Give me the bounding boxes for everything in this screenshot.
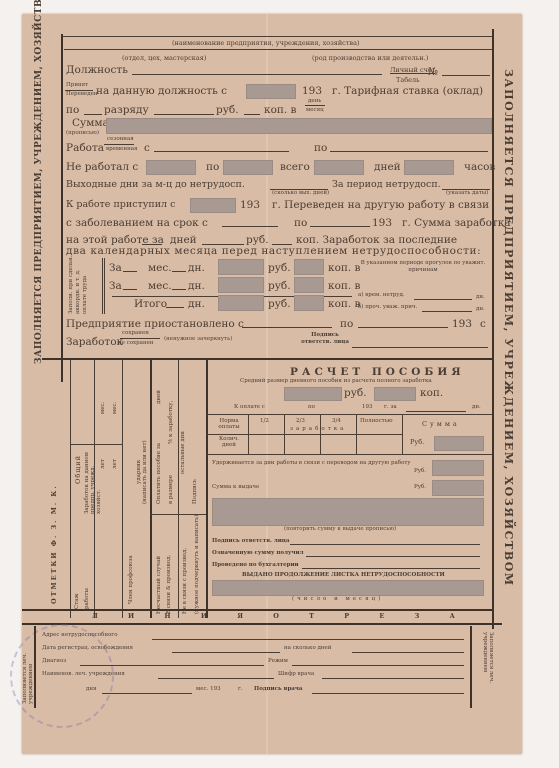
doctor-signature-field[interactable] xyxy=(312,693,464,694)
rule xyxy=(104,144,134,145)
suspended-year: 193 xyxy=(452,318,472,330)
sum-header: Сумма xyxy=(422,420,460,428)
marks-pay-benefit: Оплатить пособие за xyxy=(156,443,162,504)
period-label: За период нетрудосп. xyxy=(332,179,441,190)
earnings-kept-label: Заработок xyxy=(66,336,123,348)
address-field[interactable] xyxy=(152,639,464,640)
temporary-label: временная xyxy=(106,146,138,152)
marks-underline-note: (нужное подчеркнуть и написать) xyxy=(194,515,200,614)
in-words-caption: (прописью) xyxy=(66,130,99,136)
repeat-in-words-caption: (повторить сумму к выдаче прописью) xyxy=(284,526,396,532)
po-label: по xyxy=(66,104,79,116)
row1-mes: мес. xyxy=(148,262,172,274)
doctor-code-label: Шифр врача xyxy=(278,671,314,677)
signature-field[interactable] xyxy=(352,347,488,348)
payout-in-words-field[interactable] xyxy=(212,498,484,526)
section-rule xyxy=(22,623,502,625)
rule xyxy=(206,360,208,618)
rule xyxy=(470,626,472,708)
other-reasons-label: б) проч. уваж. прич. xyxy=(358,304,417,310)
rate-kop-field[interactable] xyxy=(244,114,260,115)
withheld-field[interactable] xyxy=(432,460,484,476)
tabel-label: Табель xyxy=(396,76,420,84)
temp-disability-dn: дн. xyxy=(476,294,485,300)
marks-amount: в размере xyxy=(168,475,174,504)
other-reasons-dn: дн. xyxy=(476,306,485,312)
sum-rub-field[interactable] xyxy=(434,436,484,451)
row1-dn: дн. xyxy=(188,262,205,274)
illness-to-label: по xyxy=(294,217,307,229)
rate-rub-field[interactable] xyxy=(154,114,214,115)
work-from-field[interactable] xyxy=(154,151,289,152)
continuation-label: ВЫДАНО ПРОДОЛЖЕНИЕ ЛИСТКА НЕТРУДОСПОСОБН… xyxy=(242,572,445,578)
total-days-sum-field[interactable] xyxy=(166,307,184,308)
absent-from-label: Не работал с xyxy=(66,161,138,173)
stub-side-left: Заполняется леч. учреждением xyxy=(22,634,34,704)
row2-dn: дн. xyxy=(188,280,205,292)
sum-label: Сумма xyxy=(72,117,109,129)
section-rule xyxy=(22,609,492,611)
row2-months-field[interactable] xyxy=(123,289,137,290)
marks-earnings-note: Заработок на данном предпр. учрежд. хозя… xyxy=(84,444,102,514)
work-to-field[interactable] xyxy=(330,151,488,152)
received-label: Означенную сумму получил xyxy=(212,550,303,556)
tariff-label: г. Тарифная ставка (оклад) xyxy=(332,85,483,97)
row2-za: За xyxy=(109,280,122,292)
release-date-field[interactable] xyxy=(172,652,280,653)
month-field[interactable] xyxy=(102,693,192,694)
full-label: Полностью xyxy=(360,418,392,424)
avg-daily-label: Средний размер дневного пособия из расче… xyxy=(240,378,432,384)
total-label-row: Итого xyxy=(134,298,167,310)
stub-side-right: Заполняется леч. учреждением xyxy=(482,632,494,702)
transferred-other-label: г. Переведен на другую работу в связи xyxy=(272,199,489,211)
seasonal-label: сезонная xyxy=(107,136,134,142)
period-caption: (указать даты) xyxy=(446,190,488,196)
year-prefix: 193 xyxy=(302,85,322,97)
fraction-half: 1/2 xyxy=(260,418,269,424)
marks-let-2: лет xyxy=(112,459,118,469)
rule xyxy=(70,360,71,618)
institution-field[interactable] xyxy=(158,678,274,679)
suspended-label: Предприятие приостановлено с xyxy=(66,318,244,330)
illness-to-field[interactable] xyxy=(310,226,370,227)
row2-kop: коп. в xyxy=(328,280,360,292)
marks-mes-2: мес. xyxy=(112,402,118,414)
side-caption-right: ЗАПОЛНЯЕТСЯ ПРЕДПРИЯТИЕМ, УЧРЕЖДЕНИЕМ, Х… xyxy=(502,69,515,587)
rule xyxy=(64,49,492,50)
benefit-calc-title: РАСЧЕТ ПОСОБИЯ xyxy=(290,366,465,378)
cut-line: Л И Н И Я О Т Р Е З А xyxy=(92,612,469,620)
accepted-label: Принят xyxy=(66,82,88,88)
days-label: дней xyxy=(374,161,401,173)
marks-seniority: Стаж xyxy=(74,593,80,609)
pay-for-label: г. за xyxy=(384,404,397,410)
illness-year: 193 xyxy=(372,217,392,229)
rule xyxy=(120,338,160,339)
marks-work-related: В связи & производ. xyxy=(166,555,172,614)
diagnosis-label: Диагноз xyxy=(42,658,66,664)
row2-kop-field[interactable] xyxy=(294,277,324,293)
transferred-label: Переведен xyxy=(66,91,98,97)
payout-label: Сумма к выдаче xyxy=(212,484,259,490)
rule xyxy=(178,360,179,618)
position-field[interactable] xyxy=(132,74,382,75)
returned-year: 193 xyxy=(240,199,260,211)
org-caption: (наименование предприятия, учреждения, х… xyxy=(172,39,359,47)
sum-in-words-field[interactable] xyxy=(106,118,492,134)
marks-title: ОТМЕТКИ Ф. З. М. К. xyxy=(50,484,58,604)
marks-days: дней xyxy=(156,390,162,404)
number-sign: № xyxy=(428,66,438,78)
rub-label: руб. xyxy=(216,104,239,116)
illness-from-field[interactable] xyxy=(222,226,278,227)
calc-signature-label: Подпись ответств. лица xyxy=(212,538,289,544)
piecework-note: Заполн. при сдельн. аккордн. и т. д. опл… xyxy=(68,254,89,314)
marks-not-work-related: Не в связи с производ. xyxy=(182,548,188,614)
to-position-label: на данную должность с xyxy=(96,85,227,97)
pay-dn: дн. xyxy=(472,404,481,410)
kop-label: коп. в xyxy=(264,104,296,116)
doctor-code-field[interactable] xyxy=(322,678,464,679)
start-date-field[interactable] xyxy=(246,84,296,99)
grade-label: разряду xyxy=(104,104,149,116)
pay-to-label: по xyxy=(308,404,315,410)
release-date-label: Дата регистрац. освобождения xyxy=(42,645,133,651)
row1-za: За xyxy=(109,262,122,274)
earnings-sum-label: г. Сумма заработка xyxy=(402,217,511,229)
suspended-g: с xyxy=(480,318,486,330)
to-label: по xyxy=(314,142,327,154)
fraction-three-quarters: 3/4 xyxy=(332,418,341,424)
row2-rub-field[interactable] xyxy=(218,277,264,293)
total-kop-field[interactable] xyxy=(294,295,324,311)
regimen-field[interactable] xyxy=(292,665,464,666)
per-day-label: день xyxy=(308,98,321,104)
marks-let-1: лет xyxy=(100,459,106,469)
total-days-field[interactable] xyxy=(314,160,364,175)
total-rub-field[interactable] xyxy=(218,295,264,311)
fraction-two-thirds: 2/3 xyxy=(296,418,305,424)
calc-signature-field[interactable] xyxy=(290,544,480,545)
marks-mes-1: мес. xyxy=(100,402,106,414)
payout-field[interactable] xyxy=(432,480,484,496)
total-dn: дн. xyxy=(188,298,205,310)
section-rule xyxy=(42,358,492,360)
absent-from-field[interactable] xyxy=(146,160,196,175)
days-off-caption: (сколько вых. дней) xyxy=(272,190,329,196)
rule xyxy=(122,360,123,618)
two-months-label: два календарных месяца перед наступление… xyxy=(66,245,481,257)
marks-percent: % к заработку, xyxy=(168,401,174,444)
position-label: Должность xyxy=(66,64,128,76)
returned-date-field[interactable] xyxy=(190,198,236,213)
row1-rub-field[interactable] xyxy=(218,259,264,275)
row2-mes: мес. xyxy=(148,280,172,292)
frame-right xyxy=(492,29,494,629)
rate-norm-label: Норма оплаты xyxy=(212,418,246,430)
continuation-field[interactable] xyxy=(212,580,484,596)
row1-kop: коп. в xyxy=(328,262,360,274)
temp-disability-label: а) врем. нетруд. xyxy=(358,292,405,298)
suspended-to-field[interactable] xyxy=(358,327,448,328)
diagnosis-field[interactable] xyxy=(80,665,264,666)
payout-rub: Руб. xyxy=(414,484,426,490)
year-g-label: г. xyxy=(238,686,243,692)
rule xyxy=(102,258,103,314)
row1-days-field[interactable] xyxy=(172,271,186,272)
work-label: Работа xyxy=(66,142,104,154)
pay-from-label: К оплате с xyxy=(234,404,265,410)
total-hours-field[interactable] xyxy=(404,160,454,175)
rule xyxy=(305,105,325,106)
rule xyxy=(104,258,105,314)
pay-days-field[interactable] xyxy=(406,411,466,412)
rule xyxy=(402,414,403,454)
avg-kop-field[interactable] xyxy=(374,387,416,401)
hours-label: часов xyxy=(464,161,495,173)
rule xyxy=(150,360,152,618)
top-rule xyxy=(62,36,492,37)
returned-label: К работе приступил с xyxy=(66,199,175,210)
marks-other-days: остальные дни xyxy=(180,431,186,474)
month-year-label: мес. 193 xyxy=(196,686,221,692)
marks-yes-no-note: (написать да или нет) xyxy=(142,440,148,504)
strike-note: (ненужное зачеркнуть) xyxy=(164,336,232,342)
row1-months-field[interactable] xyxy=(123,271,137,272)
regimen-label: Режим xyxy=(268,658,288,664)
accounted-label: Проведено по бухгалтерии xyxy=(212,562,299,568)
days-count-label: Колич. дней xyxy=(212,436,246,448)
doctor-signature-label: Подпись врача xyxy=(254,686,302,692)
temp-disability-field[interactable] xyxy=(414,299,472,300)
frame-left xyxy=(61,34,63,382)
not-kept-option[interactable]: не сохранен xyxy=(118,340,154,346)
avg-rub-field[interactable] xyxy=(284,387,342,401)
absent-to-label: по xyxy=(206,161,219,173)
day-label: дня xyxy=(86,686,97,692)
document-sheet: ЗАПОЛНЯЕТСЯ ПРЕДПРИЯТИЕМ, УЧРЕЖДЕНИЕМ, Х… xyxy=(22,14,522,754)
rule xyxy=(206,434,402,435)
marks-general: Общий xyxy=(74,455,82,484)
other-reasons-field[interactable] xyxy=(422,311,472,312)
avg-rub-label: руб. xyxy=(344,387,367,399)
suspended-from-field[interactable] xyxy=(242,327,332,328)
account-number-field[interactable] xyxy=(442,75,490,76)
absences-note: В указанном периоде прогулов по уважит. … xyxy=(358,260,488,274)
marks-work: работы xyxy=(84,588,90,609)
row2-rub: руб. xyxy=(268,280,291,292)
rule xyxy=(206,454,492,455)
row2-days-field[interactable] xyxy=(172,289,186,290)
total-label: всего xyxy=(280,161,310,173)
signature-label: Подпись ответств. лица xyxy=(300,332,350,346)
withheld-rub: Руб. xyxy=(414,468,426,474)
row1-kop-field[interactable] xyxy=(294,259,324,275)
sum-rub-label: Руб. xyxy=(410,438,424,446)
from-label: с xyxy=(144,142,150,154)
dept-caption: (отдел, цех, мастерская) xyxy=(122,54,206,62)
days-off-label: Выходные дни за м-ц до нетрудосп. xyxy=(66,179,245,190)
illness-term-label: с заболеванием на срок с xyxy=(66,217,208,229)
side-caption-left: ЗАПОЛНЯЕТСЯ ПРЕДПРИЯТИЕМ, УЧРЕЖДЕНИЕМ, Х… xyxy=(34,0,44,364)
marks-accident: Несчастный случай xyxy=(156,556,162,614)
received-field[interactable] xyxy=(306,556,480,557)
pay-year: 193 xyxy=(362,404,373,410)
earnings-word: заработка xyxy=(290,426,346,432)
per-month-label: месяц xyxy=(306,107,324,113)
grade-field[interactable] xyxy=(84,114,102,115)
kept-option[interactable]: сохранен xyxy=(122,330,149,336)
total-kop: коп. в xyxy=(328,298,360,310)
row1-rub: руб. xyxy=(268,262,291,274)
total-rub: руб. xyxy=(268,298,291,310)
marks-signature: Подпись xyxy=(192,479,198,504)
how-many-days-label: на сколько дней xyxy=(284,645,331,651)
suspended-to-label: по xyxy=(340,318,353,330)
absent-to-field[interactable] xyxy=(223,160,273,175)
avg-kop-label: коп. xyxy=(420,387,443,399)
rule xyxy=(34,626,36,708)
withheld-label: Удерживается за дни работы в связи с пер… xyxy=(212,460,412,467)
address-label: Адрес нетрудоспособного xyxy=(42,632,118,638)
how-many-days-field[interactable] xyxy=(352,652,464,653)
institution-label: Наименов. леч. учреждения xyxy=(42,671,125,677)
marks-union-member: Член профсоюза xyxy=(128,555,134,604)
day-month-caption: (число и месяц) xyxy=(292,596,383,602)
prod-caption: (род производства или деятельн.) xyxy=(312,54,428,62)
accounted-field[interactable] xyxy=(302,568,480,569)
